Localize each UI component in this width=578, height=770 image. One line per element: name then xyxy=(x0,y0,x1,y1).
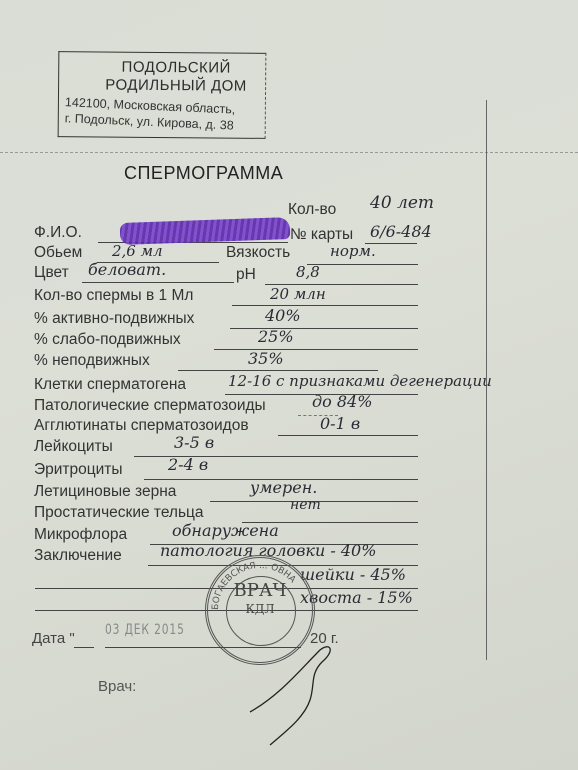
value-conclusion-2: шейки - 45% xyxy=(300,565,406,584)
label-ph: pH xyxy=(236,266,256,284)
value-color: беловат. xyxy=(88,260,166,279)
label-microflora: Микрофлора xyxy=(34,526,127,544)
value-lecithin: умерен. xyxy=(250,478,317,497)
value-immotile: 35% xyxy=(248,349,284,368)
label-count: Кол-во спермы в 1 Мл xyxy=(34,287,193,305)
label-lecithin: Летициновые зерна xyxy=(34,483,176,501)
label-agglutinates: Агглютинаты сперматозоидов xyxy=(34,417,249,435)
label-pathological: Патологические сперматозоиды xyxy=(34,397,266,415)
value-spermatogenic: 12-16 с признаками дегенерации xyxy=(228,372,492,390)
form-cut-line xyxy=(0,152,578,153)
value-conclusion-3: хвоста - 15% xyxy=(300,588,413,607)
label-fio: Ф.И.О. xyxy=(34,224,82,242)
label-kol-vo: Кол-во xyxy=(288,201,336,219)
label-weak-motile: % слабо-подвижных xyxy=(34,331,181,349)
value-active-motile: 40% xyxy=(265,306,301,325)
label-active-motile: % активно-подвижных xyxy=(34,310,194,328)
label-conclusion: Заключение xyxy=(34,547,122,565)
value-prostatic: нет xyxy=(290,497,321,513)
label-doctor: Врач: xyxy=(98,678,136,695)
stamp-line-1: ПОДОЛЬСКИЙ xyxy=(73,58,279,77)
label-date: Дата " xyxy=(32,630,75,647)
stamp-center-big: ВРАЧ xyxy=(208,580,312,601)
value-count: 20 млн xyxy=(270,285,326,303)
value-leukocytes: 3-5 в xyxy=(174,433,214,452)
label-immotile: % неподвижных xyxy=(34,352,150,370)
value-volume: 2,6 мл xyxy=(112,242,163,260)
value-pathological: до 84% xyxy=(312,392,372,411)
date-stamp: 03 ДЕК 2015 xyxy=(105,622,185,638)
value-viscosity: норм. xyxy=(330,242,376,260)
stamp-line-2: РОДИЛЬНЫЙ ДОМ xyxy=(73,76,279,95)
hospital-stamp: ПОДОЛЬСКИЙ РОДИЛЬНЫЙ ДОМ 142100, Московс… xyxy=(58,51,267,139)
label-volume: Обьем xyxy=(34,244,82,262)
value-ph: 8,8 xyxy=(296,263,320,281)
label-prostatic: Простатические тельца xyxy=(34,504,204,522)
value-kol-vo: 40 лет xyxy=(370,193,434,213)
label-color: Цвет xyxy=(34,264,69,282)
value-erythrocytes: 2-4 в xyxy=(168,455,208,474)
value-agglutinates: 0-1 в xyxy=(320,414,360,433)
stamp-center-small: КДЛ xyxy=(208,602,312,616)
value-weak-motile: 25% xyxy=(258,327,294,346)
value-microflora: обнаружена xyxy=(172,521,279,540)
document-title: СПЕРМОГРАММА xyxy=(124,163,283,184)
label-viscosity: Вязкость xyxy=(226,244,290,262)
label-leukocytes: Лейкоциты xyxy=(34,438,113,456)
label-spermatogenic: Клетки сперматогена xyxy=(34,376,186,394)
label-erythrocytes: Эритроциты xyxy=(34,461,123,479)
redacted-name xyxy=(120,217,291,245)
value-card: 6/6-484 xyxy=(370,222,432,241)
doctor-signature xyxy=(240,640,350,750)
